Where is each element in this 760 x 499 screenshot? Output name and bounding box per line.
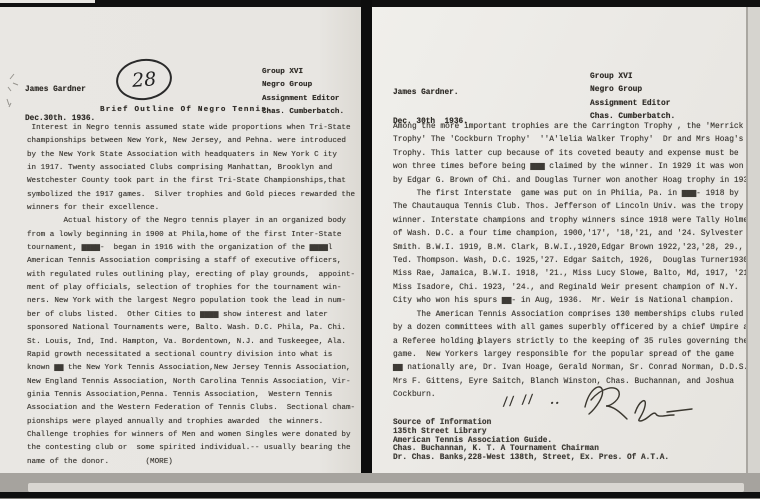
text-line: ners. New York with the largest Negro po… (27, 295, 355, 308)
author-name: James Gardner. (393, 89, 468, 99)
document-title: Brief Outline Of Negro Tennis. (100, 106, 273, 114)
text-line: ▆▆ nationally are, Dr. Ivan Hoage, Geral… (393, 361, 746, 374)
text-line: championships between New York, New Jers… (27, 135, 355, 148)
text-line: Miss Rae, Jamaica, B.W.I. 1918, '21., Mi… (393, 267, 746, 280)
text-line: American Tennis Association comprising a… (27, 255, 355, 268)
text-line: St. Louis, Ind, Ind. Hampton, Va. Borden… (27, 336, 355, 349)
text-line: from a lowly beginning in 1900 at Phila,… (27, 229, 355, 242)
text-line: winners for their excellence. (27, 202, 355, 215)
text-line: winner. Interstate champions and trophy … (393, 214, 746, 227)
left-page: James Gardner Dec.30th. 1936. 28 Group X… (0, 7, 361, 473)
assignment-header-left: Group XVINegro GroupAssignment EditorCha… (262, 66, 344, 119)
text-line: sponsored National Tournaments were, Bal… (27, 322, 355, 335)
text-line: pionships were played annually and troph… (27, 416, 355, 429)
source-info-line: Source of Information (393, 419, 669, 428)
assignment-header-line: Chas. Cumberbatch. (262, 106, 344, 119)
source-info-line: 135th Street Library (393, 428, 669, 437)
text-line: ment of play officials, selection of tro… (27, 282, 355, 295)
text-line: in 1917. Twenty associated Clubs compris… (27, 162, 355, 175)
text-line: Rapid growth necessitated a sectional co… (27, 349, 355, 362)
body-text-left: Interest in Negro tennis assumed state w… (27, 122, 355, 469)
text-line: ginia Tennis Association,Penna. Tennis A… (27, 389, 355, 402)
text-line: The Chautauqua Tennis Club. Thos. Jeffer… (393, 200, 746, 213)
text-line: name of the donor. (MORE) (27, 456, 355, 469)
text-line: with regulated rules outlining play, ere… (27, 269, 355, 282)
scan-border-top (0, 0, 760, 7)
source-info-block: Source of Information135th Street Librar… (393, 419, 669, 463)
page-gutter (361, 0, 372, 473)
text-line: New England Tennis Association, North Ca… (27, 376, 355, 389)
right-page: James Gardner. Dec. 30th 1936. Group XVI… (372, 7, 746, 473)
text-line: Miss Isadore, Chi. 1923, '24., and Regin… (393, 281, 746, 294)
text-line: of Wash. D.C. a four time champion, 1900… (393, 227, 746, 240)
text-line: The American Tennis Association comprise… (393, 308, 746, 321)
assignment-header-line: Assignment Editor (262, 93, 344, 106)
text-line: Actual history of the Negro tennis playe… (27, 215, 355, 228)
text-line: City who won his spurs ▆▆- in Aug, 1936.… (393, 294, 746, 307)
page-number-circle: 28 (114, 56, 175, 104)
body-text-right: Among the more important trophies are th… (393, 120, 746, 402)
text-line: by Edgar G. Brown of Chi. and Douglas Tu… (393, 174, 746, 187)
text-line: The first Interstate game was put on in … (393, 187, 746, 200)
text-line: by a dozen committees with all games sup… (393, 321, 746, 334)
text-line: symbolized the 1917 games. Silver trophi… (27, 189, 355, 202)
text-line: tournament, ▆▆▆▆- began in 1916 with the… (27, 242, 355, 255)
source-info-line: Chas. Buchannan, K. T. A Tournament Chai… (393, 445, 669, 454)
adjacent-page-edge (746, 7, 760, 473)
text-line: by the New York State Association with h… (27, 149, 355, 162)
ink-dots: .. (550, 393, 560, 407)
assignment-header-line: Group XVI (590, 70, 675, 83)
source-info-line: Dr. Chas. Banks,228-West 138th, Street, … (393, 454, 669, 463)
text-line: won three times before being ▆▆▆ claimed… (393, 160, 746, 173)
text-line: ber of clubs listed. Other Cities to ▆▆▆… (27, 309, 355, 322)
text-line: Westchester County took part in the firs… (27, 175, 355, 188)
page-number: 28 (131, 68, 157, 92)
text-line: Trophy' The 'Cockburn Trophy' ''A'lelia … (393, 133, 746, 146)
assignment-header-right: Group XVINegro GroupAssignment EditorCha… (590, 70, 675, 124)
text-line: Interest in Negro tennis assumed state w… (27, 122, 355, 135)
assignment-header-line: Negro Group (262, 79, 344, 92)
insertion-mark: l (477, 337, 480, 347)
text-line: game. New Yorkers largey responsible for… (393, 348, 746, 361)
underlying-page-edge (28, 483, 744, 492)
text-line: Challenge trophies for winners of Men an… (27, 429, 355, 442)
text-line: Among the more important trophies are th… (393, 120, 746, 133)
scanned-document: James Gardner Dec.30th. 1936. 28 Group X… (0, 0, 760, 499)
text-line: the contesting club or some spirited ind… (27, 442, 355, 455)
text-line: Association and the Western Federation o… (27, 402, 355, 415)
tally-marks: // // (502, 391, 535, 408)
scan-border-chip (0, 0, 95, 3)
assignment-header-line: Assignment Editor (590, 97, 675, 110)
author-name: James Gardner (25, 86, 95, 96)
text-line: Trophy. This latter cup because of its c… (393, 147, 746, 160)
text-line: known ▆▆ the New York Tennis Association… (27, 362, 355, 375)
text-line: Smith. B.W.I. 1919, B.M. Clark, B.W.I.,1… (393, 241, 746, 254)
text-line: Ted. Thompson. Wash, D.C. 1925,'27. Edga… (393, 254, 746, 267)
assignment-header-line: Group XVI (262, 66, 344, 79)
assignment-header-line: Negro Group (590, 83, 675, 96)
text-line: a Referee holding players strictly to th… (393, 335, 746, 348)
